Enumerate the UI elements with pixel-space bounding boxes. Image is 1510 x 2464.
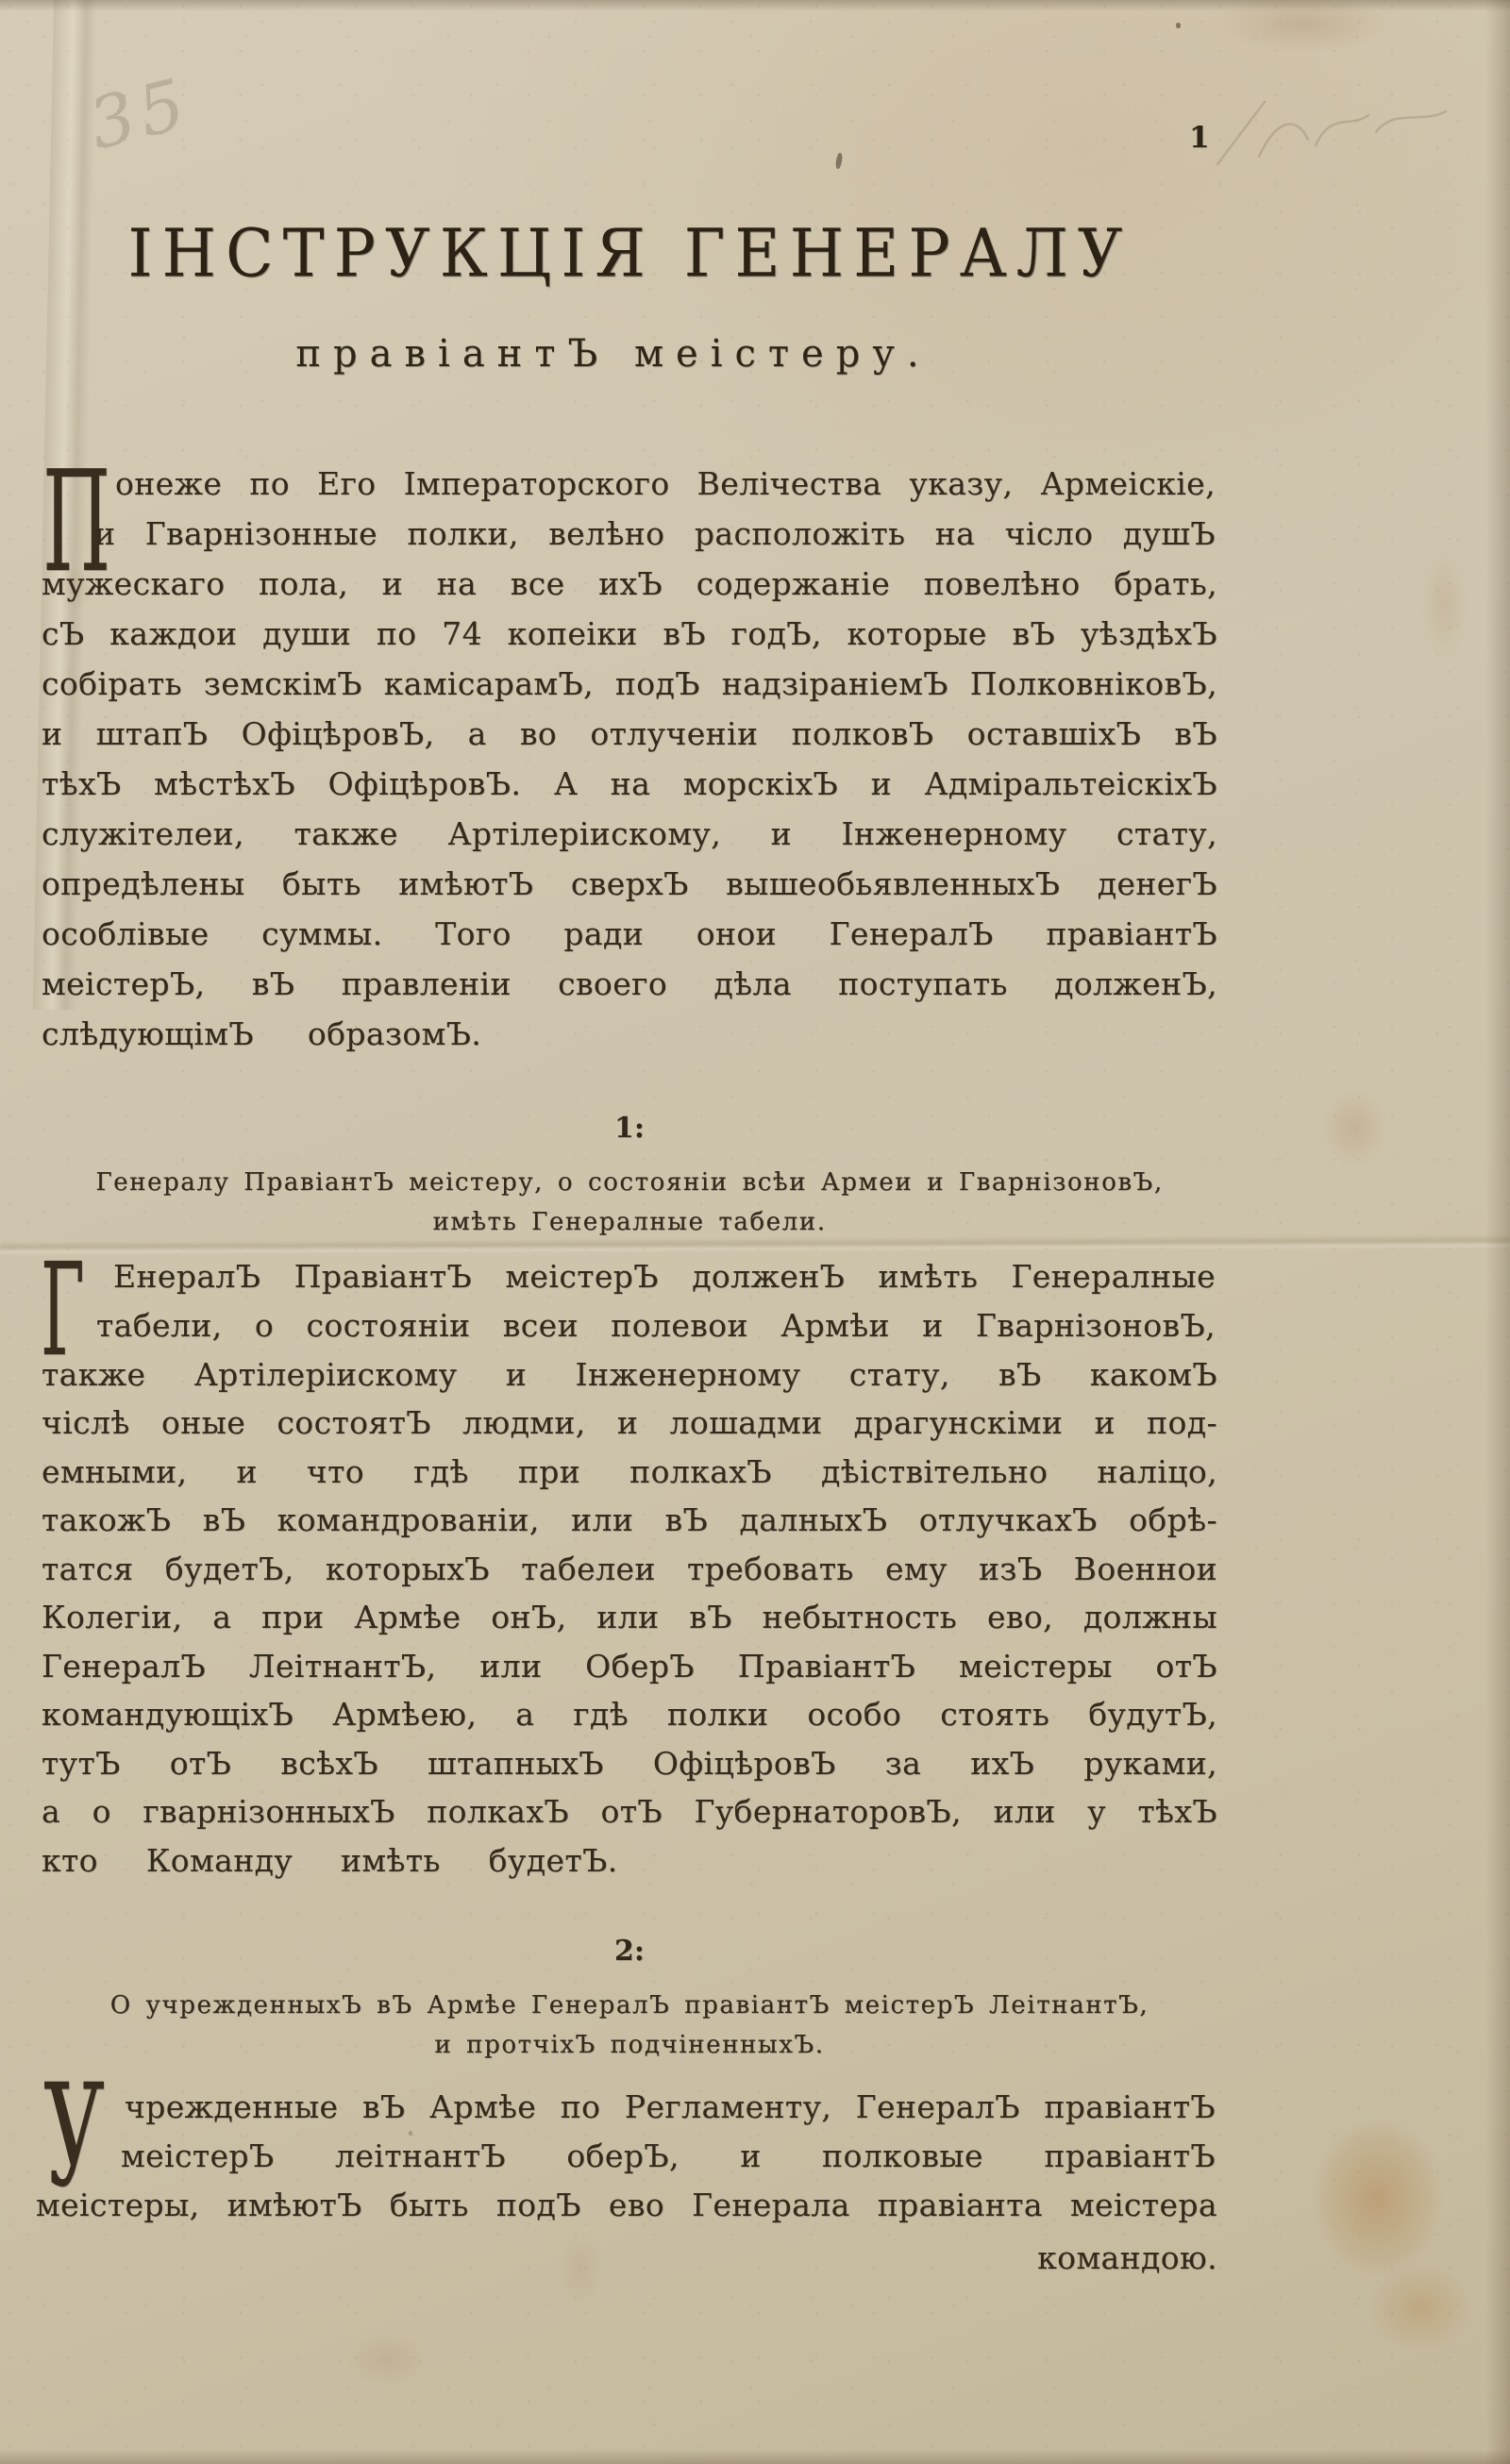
ink-speck	[1176, 23, 1181, 28]
text-line: командующіхЪ Армѣею, а гдѣ полки особо с…	[42, 1695, 1217, 1734]
page-edge	[0, 0, 1510, 11]
text-line: татся будетЪ, которыхЪ табелеи требовать…	[42, 1550, 1217, 1588]
text-line: сЪ каждои души по 74 копеіки вЪ годЪ, ко…	[42, 614, 1217, 653]
paper-stain	[1293, 2095, 1463, 2303]
paper-stain	[1411, 528, 1477, 679]
document-subtitle: правіантЪ меістеру.	[255, 332, 972, 376]
text-line: чіслѣ оные состоятЪ людми, и лошадми дра…	[42, 1403, 1217, 1442]
text-line: Колегіи, а при Армѣе онЪ, или вЪ небытно…	[42, 1598, 1217, 1636]
text-line: командою.	[42, 2238, 1217, 2277]
section-heading-line: имѣть Генералные табели.	[42, 1208, 1217, 1236]
section-heading-line: О учрежденныхЪ вЪ Армѣе ГенералЪ правіан…	[42, 1991, 1217, 2020]
paper-crease-horizontal	[0, 1235, 1510, 1255]
document-page: 35 1 ІНСТРУКЦІЯ ГЕНЕРАЛУ правіантЪ меіст…	[0, 0, 1510, 2464]
page-number: 1	[1189, 121, 1210, 155]
page-edge	[1485, 0, 1510, 2464]
paper-stain	[330, 2322, 444, 2397]
text-line: табели, о состояніи всеи полевои Армѣи и…	[96, 1306, 1216, 1345]
ink-speck	[835, 153, 844, 170]
text-line: кто Команду имѣть будетЪ.	[42, 1841, 1217, 1880]
text-line: чрежденные вЪ Армѣе по Регламенту, Генер…	[125, 2087, 1216, 2126]
text-line: слѣдующімЪ образомЪ.	[42, 1014, 1217, 1053]
ink-speck	[409, 2131, 412, 2136]
text-line: тѣхЪ мѣстѣхЪ ОфіцѣровЪ. А на морскіхЪ и …	[42, 764, 1217, 803]
section-heading-line: Генералу ПравіантЪ меістеру, о состояніи…	[42, 1168, 1217, 1197]
text-line: ГенералЪ ЛеітнантЪ, или ОберЪ ПравіантЪ …	[42, 1647, 1217, 1685]
text-line: служітелеи, также Артілеріискому, и Інже…	[42, 814, 1217, 853]
text-line: а о гварнізонныхЪ полкахЪ отЪ Губернатор…	[42, 1792, 1217, 1831]
page-edge	[0, 2449, 1510, 2464]
paper-stain	[1350, 2246, 1491, 2369]
text-line: особлівые суммы. Того ради онои ГенералЪ…	[42, 914, 1217, 953]
text-line: также Артілеріискому и Інженерному стату…	[42, 1355, 1217, 1394]
section-heading-line: и протчіхЪ подчіненныхЪ.	[42, 2031, 1217, 2059]
text-line: и штапЪ ОфіцѣровЪ, а во отлученіи полков…	[42, 714, 1217, 753]
pencil-scribble-icon	[1210, 91, 1455, 176]
text-line: меістерЪ, вЪ правленіи своего дѣла посту…	[42, 964, 1217, 1003]
pencil-annotation: 35	[81, 62, 198, 165]
drop-cap-initial: Г	[41, 1261, 85, 1361]
text-line: мужескаго пола, и на все ихЪ содержаніе …	[42, 564, 1217, 603]
text-line: ЕнералЪ ПравіантЪ меістерЪ долженЪ имѣть…	[113, 1257, 1216, 1296]
text-line: онеже по Его Імператорского Велічества у…	[115, 464, 1216, 503]
text-line: такожЪ вЪ командрованіи, или вЪ далныхЪ …	[42, 1500, 1217, 1539]
text-line: меістерЪ леітнантЪ оберЪ, и полковые пра…	[121, 2137, 1216, 2175]
document-title: ІНСТРУКЦІЯ ГЕНЕРАЛУ	[113, 215, 1147, 293]
section-number: 2:	[42, 1935, 1217, 1968]
paper-stain	[1312, 1076, 1397, 1180]
text-line: емными, и что гдѣ при полкахЪ дѣіствітел…	[42, 1452, 1217, 1491]
drop-cap-initial: У	[43, 2082, 105, 2192]
section-number: 1:	[42, 1112, 1217, 1145]
text-line: собірать земскімЪ камісарамЪ, подЪ надзі…	[42, 664, 1217, 703]
text-line: и Гварнізонные полки, велѣно расположіть…	[94, 514, 1216, 553]
text-line: тутЪ отЪ всѣхЪ штапныхЪ ОфіцѣровЪ за ихЪ…	[42, 1744, 1217, 1783]
text-line: опредѣлены быть имѣютЪ сверхЪ вышеобьявл…	[42, 864, 1217, 903]
text-line: меістеры, имѣютЪ быть подЪ ево Генерала …	[36, 2186, 1217, 2224]
